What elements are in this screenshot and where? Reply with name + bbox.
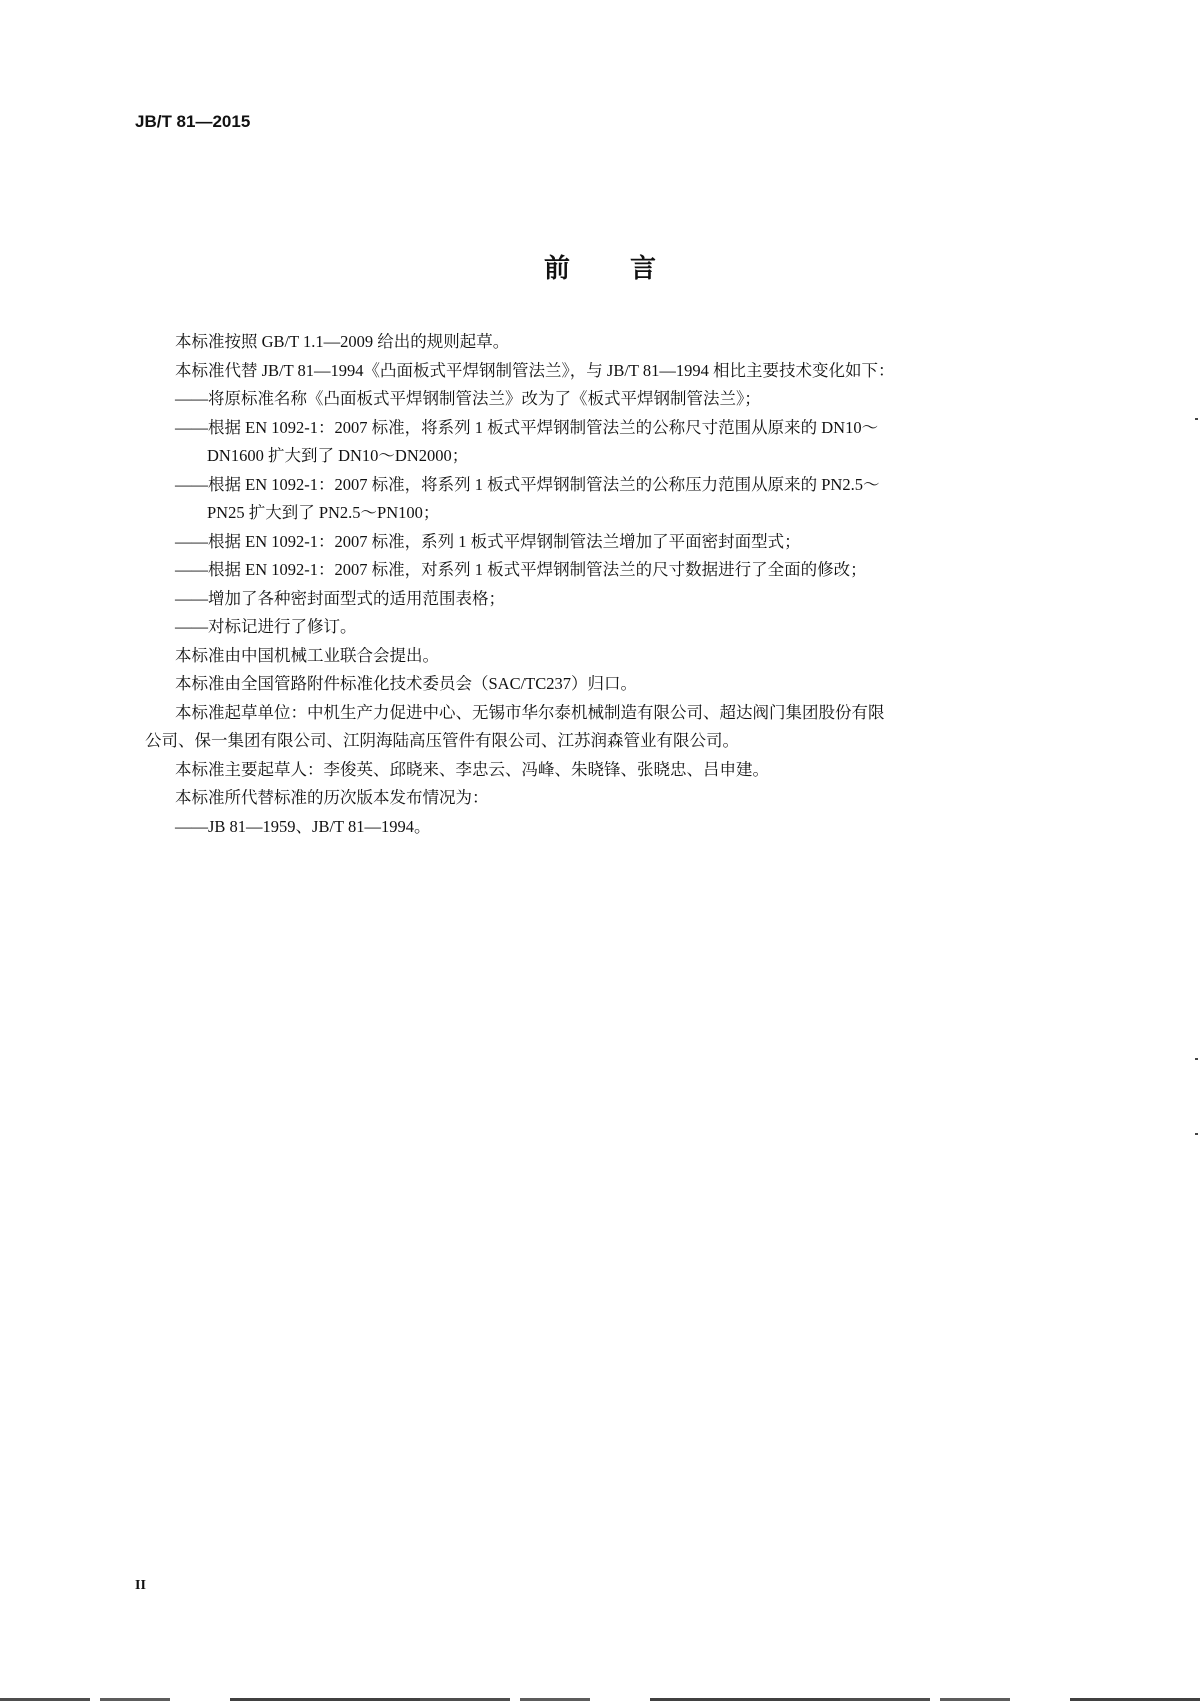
scan-edge-mark bbox=[1195, 418, 1198, 420]
scan-edge-mark bbox=[1195, 1058, 1198, 1060]
previous-editions-list: ——JB 81—1959、JB/T 81—1994。 bbox=[145, 813, 1090, 842]
change-item-6: ——增加了各种密封面型式的适用范围表格； bbox=[145, 585, 1090, 614]
change-item-1: ——将原标准名称《凸面板式平焊钢制管法兰》改为了《板式平焊钢制管法兰》； bbox=[145, 385, 1090, 414]
page-title: 前言 bbox=[0, 248, 1200, 285]
paragraph-drafting-rules: 本标准按照 GB/T 1.1—2009 给出的规则起草。 bbox=[145, 328, 1090, 357]
change-item-4: ——根据 EN 1092-1：2007 标准，系列 1 板式平焊钢制管法兰增加了… bbox=[145, 528, 1090, 557]
title-char-1: 前 bbox=[544, 248, 570, 285]
change-item-2: ——根据 EN 1092-1：2007 标准，将系列 1 板式平焊钢制管法兰的公… bbox=[145, 414, 1090, 443]
paragraph-administered-by: 本标准由全国管路附件标准化技术委员会（SAC/TC237）归口。 bbox=[145, 670, 1090, 699]
change-item-7: ——对标记进行了修订。 bbox=[145, 613, 1090, 642]
change-item-5: ——根据 EN 1092-1：2007 标准，对系列 1 板式平焊钢制管法兰的尺… bbox=[145, 556, 1090, 585]
standard-code-header: JB/T 81—2015 bbox=[135, 112, 250, 132]
paragraph-previous-editions: 本标准所代替标准的历次版本发布情况为： bbox=[145, 784, 1090, 813]
paragraph-replaces: 本标准代替 JB/T 81—1994《凸面板式平焊钢制管法兰》，与 JB/T 8… bbox=[145, 357, 1090, 386]
change-item-2-continued: DN1600 扩大到了 DN10～DN2000； bbox=[145, 442, 1090, 471]
paragraph-drafting-units: 本标准起草单位：中机生产力促进中心、无锡市华尔泰机械制造有限公司、超达阀门集团股… bbox=[145, 699, 1090, 728]
scan-bottom-border bbox=[0, 1698, 1200, 1701]
page-number: II bbox=[135, 1578, 146, 1594]
change-item-3: ——根据 EN 1092-1：2007 标准，将系列 1 板式平焊钢制管法兰的公… bbox=[145, 471, 1090, 500]
foreword-body: 本标准按照 GB/T 1.1—2009 给出的规则起草。 本标准代替 JB/T … bbox=[145, 328, 1090, 841]
change-item-3-continued: PN25 扩大到了 PN2.5～PN100； bbox=[145, 499, 1090, 528]
title-char-2: 言 bbox=[630, 248, 656, 285]
scan-edge-mark bbox=[1195, 1133, 1198, 1135]
paragraph-drafting-units-continued: 公司、保一集团有限公司、江阴海陆高压管件有限公司、江苏润森管业有限公司。 bbox=[145, 727, 1090, 756]
paragraph-main-drafters: 本标准主要起草人：李俊英、邱晓来、李忠云、冯峰、朱晓锋、张晓忠、吕申建。 bbox=[145, 756, 1090, 785]
paragraph-proposed-by: 本标准由中国机械工业联合会提出。 bbox=[145, 642, 1090, 671]
